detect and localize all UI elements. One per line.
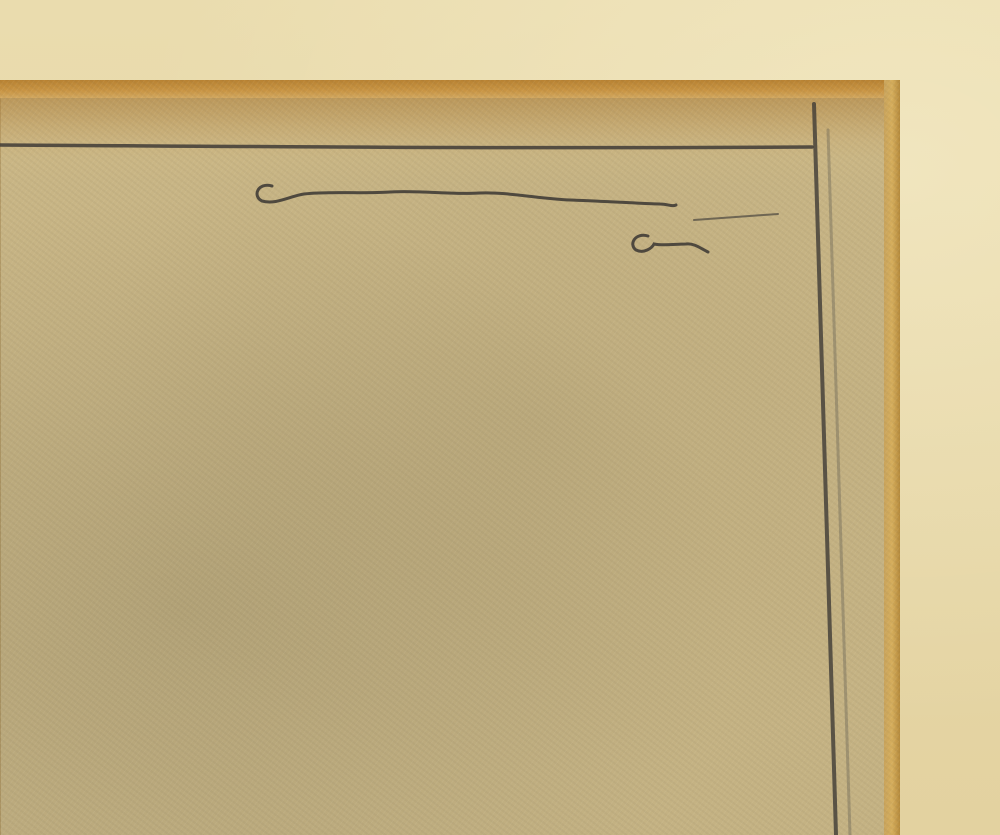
- pencil-marks: [0, 0, 1000, 835]
- initial-scribble: [633, 235, 708, 252]
- small-dash-scribble: [694, 214, 778, 220]
- drawn-border-right: [814, 104, 836, 835]
- drawn-border-top: [0, 145, 812, 148]
- signature-scribble: [257, 185, 676, 205]
